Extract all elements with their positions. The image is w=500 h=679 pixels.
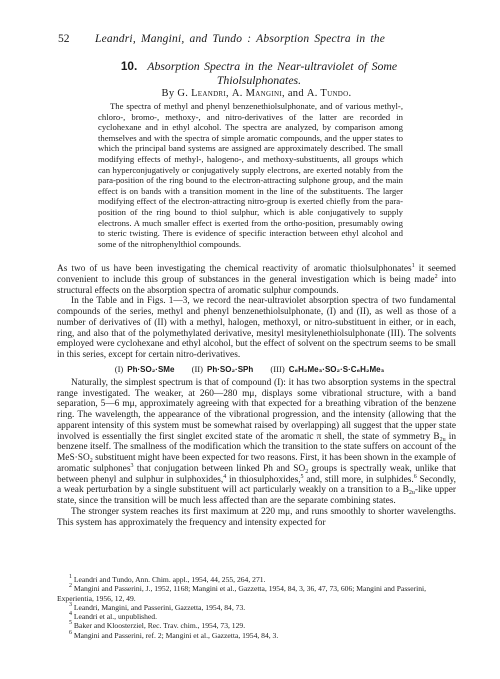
footnote: 3 Leandri, Mangini, and Passerini, Gazze…	[57, 603, 456, 612]
running-title: Leandri, Mangini, and Tundo : Absorption…	[95, 32, 385, 46]
footnote: 6 Mangini and Passerini, ref. 2; Mangini…	[57, 631, 456, 640]
text-run: and, still more, in sulphides.	[304, 475, 414, 485]
footnotes: 1 Leandri and Tundo, Ann. Chim. appl., 1…	[57, 575, 456, 640]
compound-label: (II)	[192, 364, 203, 374]
footnote-number: 1	[69, 574, 72, 580]
compound-formulas: (I)Ph·SO₂·SMe (II)Ph·SO₂·SPh (III)C₆H₂Me…	[57, 364, 456, 375]
compound-label: (III)	[270, 364, 284, 374]
compound-formula: C₆H₂Me₃·SO₂·S·C₆H₂Me₃	[289, 365, 385, 374]
text-run: As two of us have been investigating the…	[57, 264, 412, 274]
footnote-text: Leandri and Tundo, Ann. Chim. appl., 195…	[74, 575, 266, 584]
article-title: Absorption Spectra in the Near-ultraviol…	[147, 59, 397, 87]
author: A. Mangini	[232, 88, 282, 99]
byline-prefix: By	[162, 88, 175, 99]
compound-label: (I)	[115, 364, 124, 374]
text-run: that conjugation between linked Ph and S…	[133, 464, 305, 474]
footnote: 1 Leandri and Tundo, Ann. Chim. appl., 1…	[57, 575, 456, 584]
byline: By G. Leandri, A. Mangini, and A. Tundo.	[57, 88, 456, 100]
footnote-number: 4	[69, 611, 72, 617]
footnote-number: 3	[69, 602, 72, 608]
footnote-text: Baker and Kloosterziel, Rec. Trav. chim.…	[74, 621, 245, 630]
footnote-text: Leandri et al., unpublished.	[74, 612, 157, 621]
paragraph: In the Table and in Figs. 1—3, we record…	[57, 296, 456, 361]
article-title-block: 10.Absorption Spectra in the Near-ultrav…	[101, 59, 417, 87]
author: G. Leandri	[177, 88, 226, 99]
article-number: 10.	[121, 59, 137, 73]
compound-formula: Ph·SO₂·SMe	[127, 365, 174, 374]
text-run: Naturally, the simplest spectrum is that…	[57, 378, 456, 442]
footnote: 2 Mangini and Passerini, J., 1952, 1168;…	[57, 584, 456, 603]
paragraph: As two of us have been investigating the…	[57, 264, 456, 296]
footnote-number: 6	[69, 630, 72, 636]
footnote-text: Mangini and Passerini, ref. 2; Mangini e…	[74, 631, 278, 640]
page-number: 52	[58, 32, 70, 46]
body-text: As two of us have been investigating the…	[57, 264, 456, 528]
paragraph: The stronger system reaches its first ma…	[57, 507, 456, 529]
footnote-text: Mangini and Passerini, J., 1952, 1168; M…	[57, 584, 426, 602]
byline-joiner: and	[288, 88, 304, 99]
abstract: The spectra of methyl and phenyl benzene…	[98, 101, 403, 249]
compound-formula: Ph·SO₂·SPh	[207, 365, 253, 374]
footnote-number: 5	[69, 620, 72, 626]
author: A. Tundo	[307, 88, 349, 99]
footnote-text: Leandri, Mangini, and Passerini, Gazzett…	[74, 603, 245, 612]
paragraph: Naturally, the simplest spectrum is that…	[57, 378, 456, 507]
footnote: 5 Baker and Kloosterziel, Rec. Trav. chi…	[57, 621, 456, 630]
footnote-number: 2	[69, 583, 72, 589]
text-run: in thiosulphoxides,	[226, 475, 300, 485]
